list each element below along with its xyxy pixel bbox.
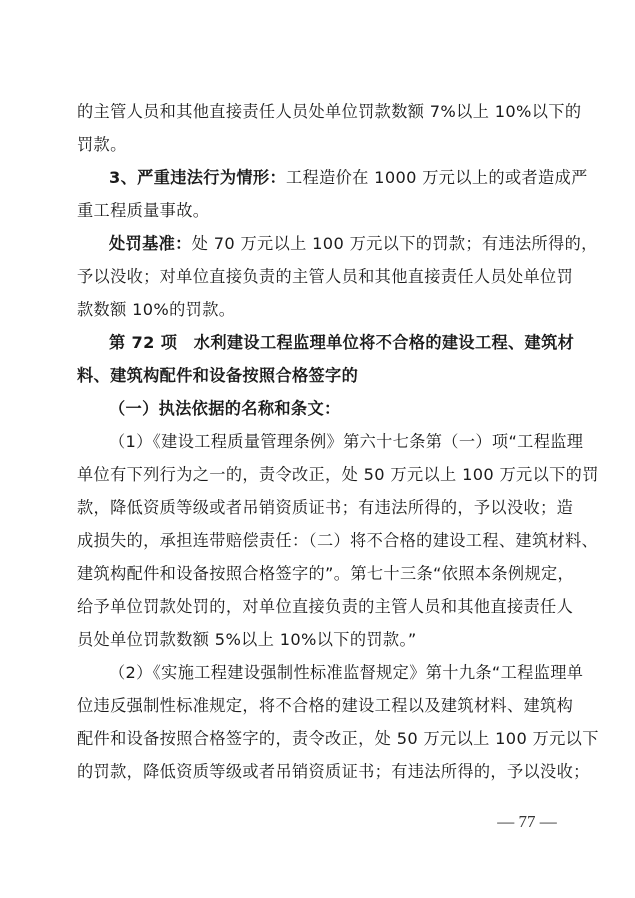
line-text: 处 70 万元以上 100 万元以下的罚款；有违法所得的， bbox=[192, 234, 598, 253]
document-page-body: 的主管人员和其他直接责任人员处单位罚款数额 7%以上 10%以下的 罚款。 3、… bbox=[77, 95, 559, 788]
clause-1-line-5: 建筑构配件和设备按照合格签字的”。第七十三条“依照本条例规定， bbox=[77, 557, 559, 590]
text-line-6: 予以没收；对单位直接负责的主管人员和其他直接责任人员处单位罚 bbox=[77, 260, 559, 293]
page-number: — 77 — bbox=[495, 812, 559, 832]
line-text: 的罚款，降低资质等级或者吊销资质证书；有违法所得的，予以没收； bbox=[77, 762, 590, 781]
line-text: 予以没收；对单位直接负责的主管人员和其他直接责任人员处单位罚 bbox=[77, 267, 573, 286]
line-text: 的主管人员和其他直接责任人员处单位罚款数额 7%以上 10%以下的 bbox=[77, 102, 581, 121]
clause-2-line-1: （2）《实施工程建设强制性标准监督规定》第十九条“工程监理单 bbox=[77, 656, 559, 689]
item-72-title: 第 72 项 水利建设工程监理单位将不合格的建设工程、建筑材 bbox=[109, 333, 574, 352]
line-text: 款，降低资质等级或者吊销资质证书；有违法所得的，予以没收；造 bbox=[77, 498, 573, 517]
line-text: （2）《实施工程建设强制性标准监督规定》第十九条“工程监理单 bbox=[109, 663, 583, 682]
item-72-title-line-2: 料、建筑构配件和设备按照合格签字的 bbox=[77, 359, 559, 392]
line-text: 员处单位罚款数额 5%以上 10%以下的罚款。” bbox=[77, 630, 417, 649]
item-72-title-line-1: 第 72 项 水利建设工程监理单位将不合格的建设工程、建筑材 bbox=[77, 326, 559, 359]
penalty-standard-label: 处罚基准： bbox=[109, 234, 192, 253]
line-text: （1）《建设工程质量管理条例》第六十七条第（一）项“工程监理 bbox=[109, 432, 583, 451]
clause-1-line-4: 成损失的，承担连带赔偿责任：（二）将不合格的建设工程、建筑材料、 bbox=[77, 524, 559, 557]
line-text: 罚款。 bbox=[77, 135, 127, 154]
line-text: 位违反强制性标准规定，将不合格的建设工程以及建筑材料、建筑构 bbox=[77, 696, 573, 715]
text-line-4: 重工程质量事故。 bbox=[77, 194, 559, 227]
text-line-2: 罚款。 bbox=[77, 128, 559, 161]
line-text: 单位有下列行为之一的，责令改正，处 50 万元以上 100 万元以下的罚 bbox=[77, 465, 599, 484]
severe-violation-label: 3、严重违法行为情形： bbox=[109, 168, 286, 187]
clause-2-line-4: 的罚款，降低资质等级或者吊销资质证书；有违法所得的，予以没收； bbox=[77, 755, 559, 788]
line-text: 成损失的，承担连带赔偿责任：（二）将不合格的建设工程、建筑材料、 bbox=[77, 531, 598, 550]
line-text: 建筑构配件和设备按照合格签字的”。第七十三条“依照本条例规定， bbox=[77, 564, 574, 583]
section-heading: （一）执法依据的名称和条文： bbox=[109, 399, 341, 418]
item-72-title-cont: 料、建筑构配件和设备按照合格签字的 bbox=[77, 366, 358, 385]
text-line-1: 的主管人员和其他直接责任人员处单位罚款数额 7%以上 10%以下的 bbox=[77, 95, 559, 128]
text-line-7: 款数额 10%的罚款。 bbox=[77, 293, 559, 326]
clause-1-line-6: 给予单位罚款处罚的，对单位直接负责的主管人员和其他直接责任人 bbox=[77, 590, 559, 623]
legal-basis-heading: （一）执法依据的名称和条文： bbox=[77, 392, 559, 425]
clause-1-line-1: （1）《建设工程质量管理条例》第六十七条第（一）项“工程监理 bbox=[77, 425, 559, 458]
line-text: 给予单位罚款处罚的，对单位直接负责的主管人员和其他直接责任人 bbox=[77, 597, 573, 616]
clause-1-line-3: 款，降低资质等级或者吊销资质证书；有违法所得的，予以没收；造 bbox=[77, 491, 559, 524]
line-text: 重工程质量事故。 bbox=[77, 201, 209, 220]
line-text: 款数额 10%的罚款。 bbox=[77, 300, 235, 319]
clause-1-line-2: 单位有下列行为之一的，责令改正，处 50 万元以上 100 万元以下的罚 bbox=[77, 458, 559, 491]
penalty-standard-line: 处罚基准：处 70 万元以上 100 万元以下的罚款；有违法所得的， bbox=[77, 227, 559, 260]
severe-violation-heading-line: 3、严重违法行为情形：工程造价在 1000 万元以上的或者造成严 bbox=[77, 161, 559, 194]
clause-2-line-2: 位违反强制性标准规定，将不合格的建设工程以及建筑材料、建筑构 bbox=[77, 689, 559, 722]
line-text: 工程造价在 1000 万元以上的或者造成严 bbox=[286, 168, 588, 187]
clause-1-line-7: 员处单位罚款数额 5%以上 10%以下的罚款。” bbox=[77, 623, 559, 656]
line-text: 配件和设备按照合格签字的，责令改正，处 50 万元以上 100 万元以下 bbox=[77, 729, 599, 748]
clause-2-line-3: 配件和设备按照合格签字的，责令改正，处 50 万元以上 100 万元以下 bbox=[77, 722, 559, 755]
